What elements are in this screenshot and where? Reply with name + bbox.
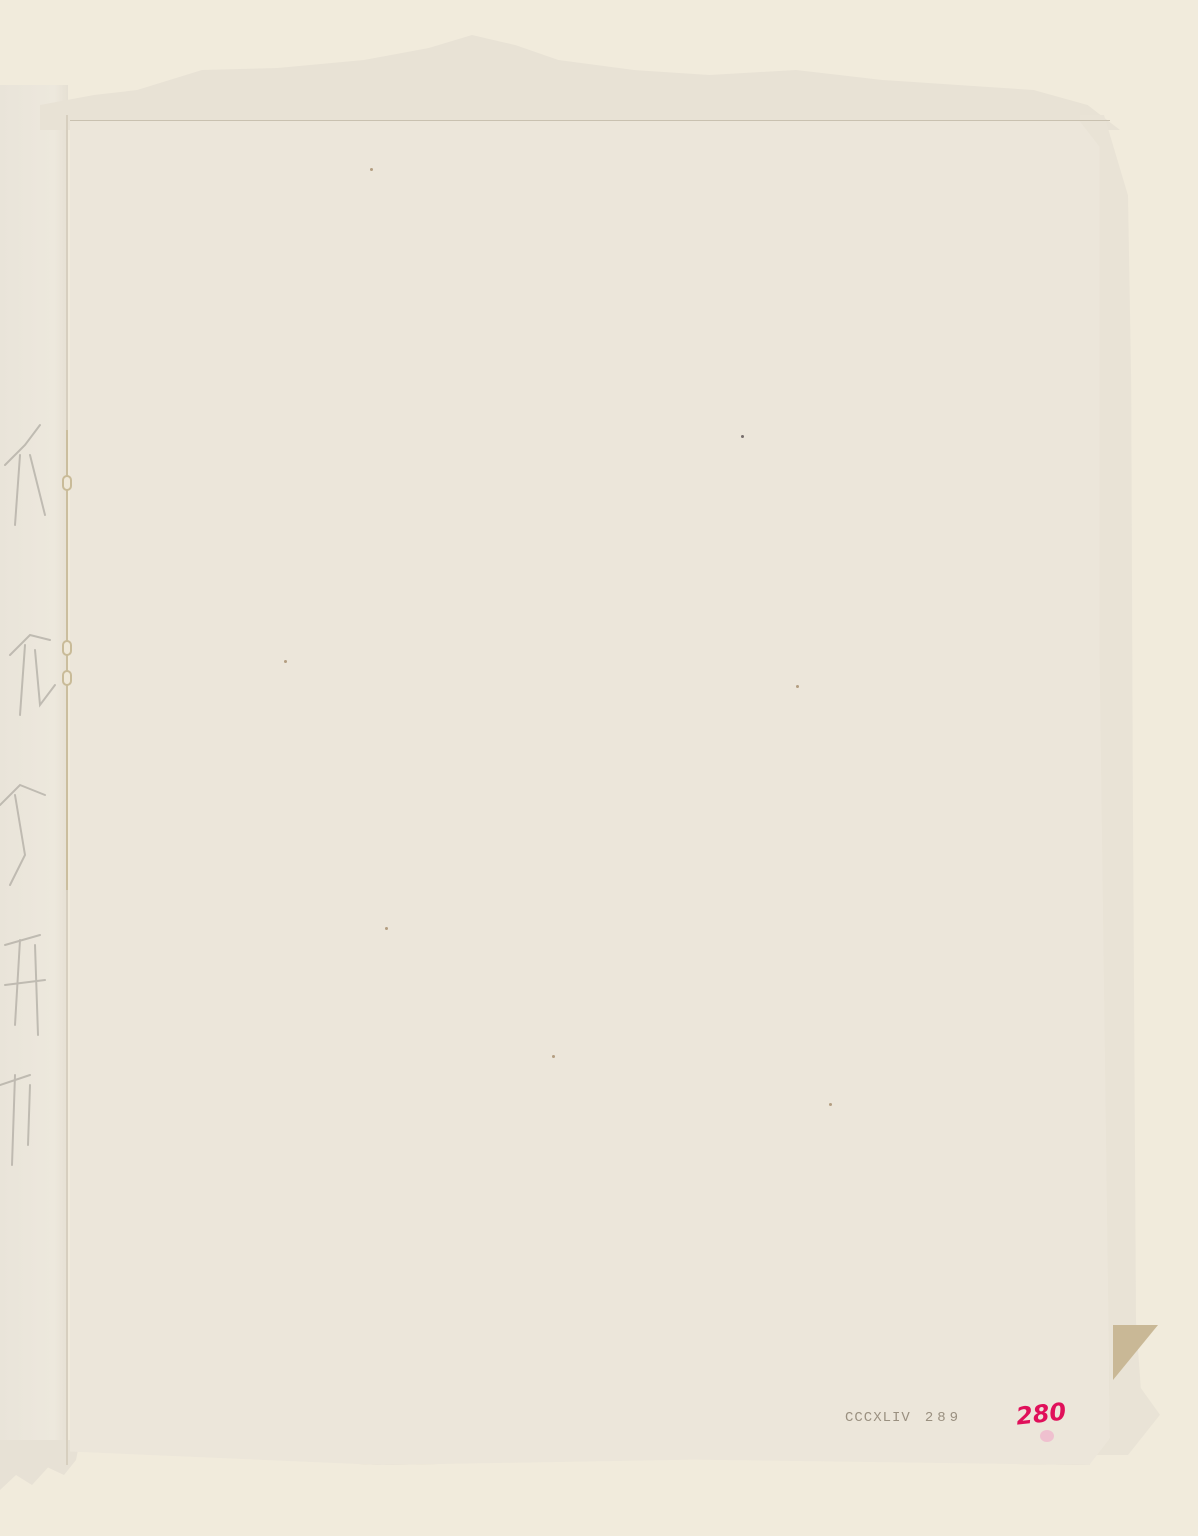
- sketchbook-photo: CCCXLIV289 280: [0, 0, 1198, 1536]
- paper-speck: [741, 435, 744, 438]
- handwritten-page-number: 280: [1015, 1397, 1068, 1430]
- binding-stitch: [62, 430, 72, 890]
- paper-speck: [385, 927, 388, 930]
- paper-speck: [284, 660, 287, 663]
- torn-top-margin: [40, 30, 1120, 130]
- pencil-sketch: [0, 385, 60, 1205]
- left-page: [0, 85, 68, 1445]
- paper-speck: [796, 685, 799, 688]
- stitch-knot: [62, 640, 72, 656]
- stitch-knot: [62, 475, 72, 491]
- paper-speck: [552, 1055, 555, 1058]
- page-top-edge: [70, 120, 1110, 121]
- roman-numeral: CCCXLIV: [845, 1410, 911, 1426]
- blank-page: [70, 120, 1110, 1465]
- thread: [66, 430, 68, 890]
- printed-number: 289: [925, 1410, 962, 1426]
- paper-speck: [829, 1103, 832, 1106]
- left-page-torn-edge: [0, 1440, 80, 1490]
- paper-speck: [370, 168, 373, 171]
- catalog-stamp: CCCXLIV289: [845, 1410, 962, 1426]
- stitch-knot: [62, 670, 72, 686]
- ink-smudge: [1040, 1430, 1054, 1442]
